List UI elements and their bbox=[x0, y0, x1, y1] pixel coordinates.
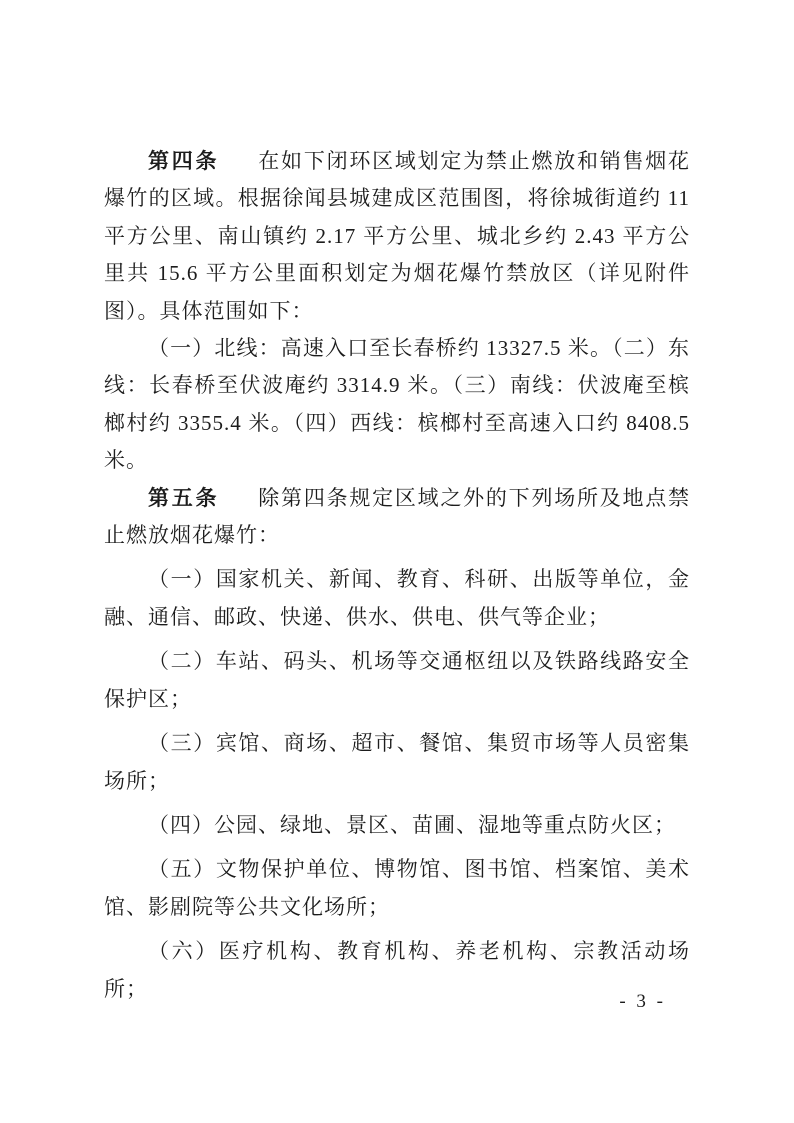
list-item-3-paragraph: （三）宾馆、商场、超市、餐馆、集贸市场等人员密集场所； bbox=[104, 725, 690, 800]
list-item-4-paragraph: （四）公园、绿地、景区、苗圃、湿地等重点防火区； bbox=[104, 807, 690, 844]
list-item-6-text: （六）医疗机构、教育机构、养老机构、宗教活动场所； bbox=[104, 939, 690, 1000]
list-item-2-paragraph: （二）车站、码头、机场等交通枢纽以及铁路线路安全保护区； bbox=[104, 643, 690, 718]
list-item-1-text: （一）国家机关、新闻、教育、科研、出版等单位，金融、通信、邮政、快递、供水、供电… bbox=[104, 567, 690, 628]
article-5-label: 第五条 bbox=[148, 486, 219, 510]
article-4-label: 第四条 bbox=[148, 149, 219, 173]
page-number: - 3 - bbox=[619, 991, 666, 1013]
list-item-2-text: （二）车站、码头、机场等交通枢纽以及铁路线路安全保护区； bbox=[104, 649, 690, 710]
article-4-paragraph: 第四条在如下闭环区域划定为禁止燃放和销售烟花爆竹的区域。根据徐闻县城建成区范围图… bbox=[104, 143, 690, 330]
document-page: 第四条在如下闭环区域划定为禁止燃放和销售烟花爆竹的区域。根据徐闻县城建成区范围图… bbox=[0, 0, 794, 1123]
boundary-lines-text: （一）北线：高速入口至长春桥约 13327.5 米。（二）东线：长春桥至伏波庵约… bbox=[104, 336, 690, 472]
list-item-6-paragraph: （六）医疗机构、教育机构、养老机构、宗教活动场所； bbox=[104, 933, 690, 1008]
list-item-4-text: （四）公园、绿地、景区、苗圃、湿地等重点防火区； bbox=[148, 813, 676, 837]
list-item-5-paragraph: （五）文物保护单位、博物馆、图书馆、档案馆、美术馆、影剧院等公共文化场所； bbox=[104, 851, 690, 926]
list-item-1-paragraph: （一）国家机关、新闻、教育、科研、出版等单位，金融、通信、邮政、快递、供水、供电… bbox=[104, 561, 690, 636]
list-item-3-text: （三）宾馆、商场、超市、餐馆、集贸市场等人员密集场所； bbox=[104, 731, 690, 792]
article-4-text: 在如下闭环区域划定为禁止燃放和销售烟花爆竹的区域。根据徐闻县城建成区范围图，将徐… bbox=[104, 149, 690, 323]
article-5-paragraph: 第五条除第四条规定区域之外的下列场所及地点禁止燃放烟花爆竹： bbox=[104, 480, 690, 555]
list-item-5-text: （五）文物保护单位、博物馆、图书馆、档案馆、美术馆、影剧院等公共文化场所； bbox=[104, 857, 690, 918]
boundary-lines-paragraph: （一）北线：高速入口至长春桥约 13327.5 米。（二）东线：长春桥至伏波庵约… bbox=[104, 330, 690, 480]
document-body: 第四条在如下闭环区域划定为禁止燃放和销售烟花爆竹的区域。根据徐闻县城建成区范围图… bbox=[104, 143, 690, 1008]
